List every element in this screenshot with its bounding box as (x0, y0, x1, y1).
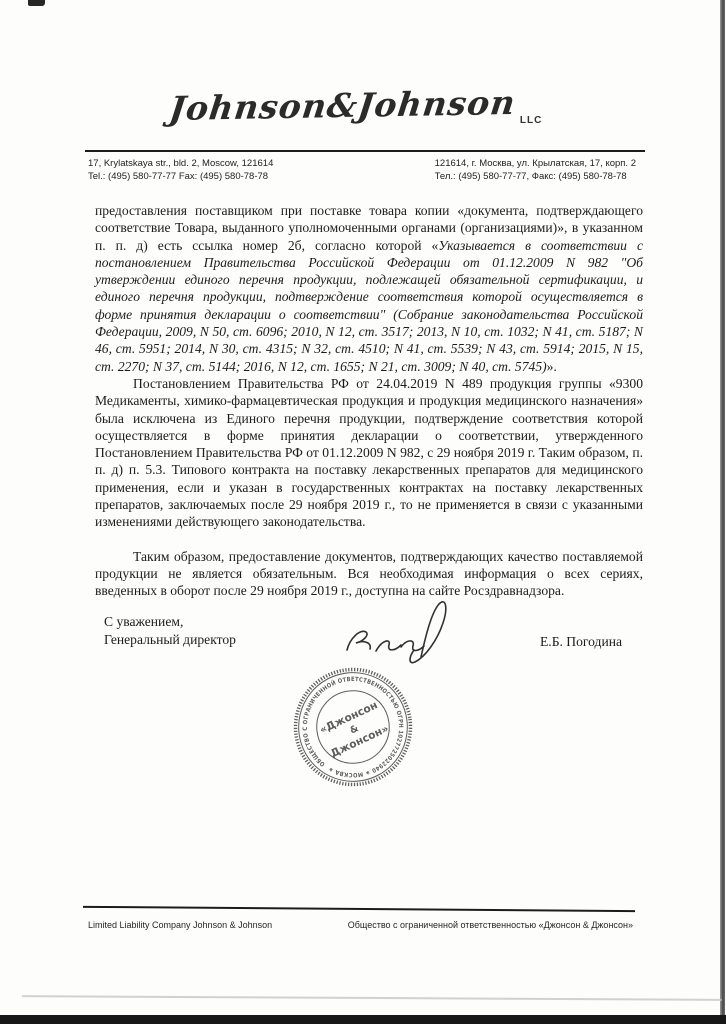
company-logo: Johnson&JohnsonLLC (0, 86, 712, 126)
paragraph-1-citation: Указывается в соответствии с постановлен… (95, 238, 643, 374)
company-round-stamp: ОБЩЕСТВО С ОГРАНИЧЕННОЙ ОТВЕТСТВЕННОСТЬЮ… (290, 664, 416, 790)
address-english-line2: Tel.: (495) 580-77-77 Fax: (495) 580-78-… (88, 171, 273, 184)
address-english: 17, Krylatskaya str., bld. 2, Moscow, 12… (88, 158, 273, 183)
address-russian: 121614, г. Москва, ул. Крылатская, 17, к… (435, 158, 636, 183)
logo-llc-suffix: LLC (520, 115, 542, 126)
paragraph-2: Постановлением Правительства РФ от 24.04… (95, 375, 643, 531)
scan-artifact-faint-line (22, 995, 722, 1001)
scan-artifact-right-edge (720, 0, 725, 1024)
paragraph-1-tail: ». (547, 359, 557, 374)
johnson-johnson-logo-text: Johnson&Johnson (167, 83, 518, 128)
address-russian-line1: 121614, г. Москва, ул. Крылатская, 17, к… (435, 158, 636, 171)
footer: Limited Liability Company Johnson & John… (88, 920, 633, 930)
address-russian-line2: Тел.: (495) 580-77-77, Факс: (495) 580-7… (435, 171, 636, 184)
letter-body: предоставления поставщиком при поставке … (95, 202, 643, 600)
closing-line-1: С уважением, (104, 613, 236, 631)
handwritten-signature (335, 595, 450, 675)
scanned-letter-page: Johnson&JohnsonLLC 17, Krylatskaya str.,… (0, 0, 726, 1024)
header-divider (85, 150, 645, 152)
footer-company-name-english: Limited Liability Company Johnson & John… (88, 920, 272, 930)
paragraph-1: предоставления поставщиком при поставке … (95, 202, 643, 375)
closing-line-2: Генеральный директор (104, 631, 236, 649)
footer-company-name-russian: Общество с ограниченной ответственностью… (348, 920, 633, 930)
scan-artifact-bottom-bar (0, 1015, 726, 1024)
address-english-line1: 17, Krylatskaya str., bld. 2, Moscow, 12… (88, 158, 273, 171)
paragraph-3: Таким образом, предоставление документов… (95, 548, 643, 600)
signer-name: Е.Б. Погодина (540, 634, 622, 650)
signature-closing: С уважением, Генеральный директор (104, 613, 236, 649)
footer-divider (83, 906, 635, 912)
letterhead-addresses: 17, Krylatskaya str., bld. 2, Moscow, 12… (88, 158, 636, 183)
scan-artifact-top-left (28, 0, 45, 6)
